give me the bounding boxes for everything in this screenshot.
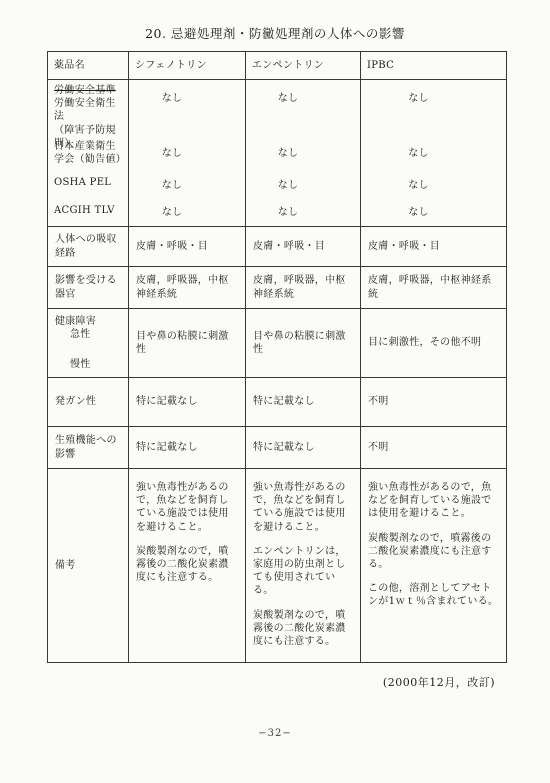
row-label-carcinogenicity: 発ガン性: [48, 378, 129, 427]
cancer-empenthrin: 特に記載なし: [246, 378, 361, 427]
remarks-ipbc: 強い魚毒性があるので，魚などを飼育している施設では使用を避けること。 炭酸製剤な…: [361, 469, 507, 663]
remark-paragraph: 強い魚毒性があるので，魚などを飼育している施設では使用を避けること。: [136, 481, 238, 534]
row-label-remarks: 備考: [48, 469, 129, 663]
page-number: −32−: [0, 728, 550, 739]
standards-value: なし: [129, 200, 245, 226]
row-label-affected-organs: 影響を受ける器官: [48, 267, 129, 309]
effects-table: 薬品名 シフェノトリン エンペントリン IPBC 労働安全基準 労働安全衛生法 …: [47, 51, 507, 663]
standards-cyphenothrin-cell: なし なし なし なし: [129, 80, 246, 227]
col-header-cyphenothrin: シフェノトリン: [129, 52, 246, 80]
standards-value: なし: [246, 200, 360, 226]
repro-ipbc: 不明: [361, 427, 507, 469]
standards-label-1: 労働安全基準 労働安全衛生法 （障害予防規則）: [48, 80, 128, 136]
standards-value: なし: [361, 80, 506, 136]
standards-label-2: 日本産業衛生学会（勧告値）: [48, 136, 128, 172]
row-label-absorption-route: 人体への吸収経路: [48, 227, 129, 267]
remark-paragraph: エンペントリンは，家庭用の防虫剤としても使用されている。: [253, 545, 353, 598]
health-ipbc: 目に刺激性，その他不明: [361, 309, 507, 378]
acute-label: 急性: [70, 328, 121, 341]
standards-value: なし: [246, 172, 360, 200]
absorption-route-row: 人体への吸収経路 皮膚・呼吸・目 皮膚・呼吸・目 皮膚・呼吸・目: [48, 227, 507, 267]
absorption-ipbc: 皮膚・呼吸・目: [361, 227, 507, 267]
standards-label-cell: 労働安全基準 労働安全衛生法 （障害予防規則） 日本産業衛生学会（勧告値） OS…: [48, 80, 129, 227]
absorption-empenthrin: 皮膚・呼吸・目: [246, 227, 361, 267]
health-damage-heading: 健康障害: [55, 315, 121, 328]
health-damage-row: 健康障害 急性 慢性 目や鼻の粘膜に刺激性 目や鼻の粘膜に刺激性 目に刺激性，そ…: [48, 309, 507, 378]
standards-ipbc-cell: なし なし なし なし: [361, 80, 507, 227]
col-header-chemical-name: 薬品名: [48, 52, 129, 80]
reproductive-effects-row: 生殖機能への影響 特に記載なし 特に記載なし 不明: [48, 427, 507, 469]
struck-label-line: 労働安全基準: [54, 84, 123, 97]
revision-note: (2000年12月，改訂): [0, 674, 495, 690]
carcinogenicity-row: 発ガン性 特に記載なし 特に記載なし 不明: [48, 378, 507, 427]
standards-value: なし: [246, 80, 360, 136]
cancer-ipbc: 不明: [361, 378, 507, 427]
standards-empenthrin-cell: なし なし なし なし: [246, 80, 361, 227]
remark-paragraph: 炭酸製剤なので，噴霧後の二酸化炭素濃度にも注意する。: [253, 609, 353, 649]
health-cyphenothrin: 目や鼻の粘膜に刺激性: [129, 309, 246, 378]
remarks-row: 備考 強い魚毒性があるので，魚などを飼育している施設では使用を避けること。 炭酸…: [48, 469, 507, 663]
remark-paragraph: この他，溶剤としてアセトンが1ｗｔ％含まれている。: [368, 582, 499, 608]
remarks-empenthrin: 強い魚毒性があるので，魚などを飼育している施設では使用を避けること。 エンペント…: [246, 469, 361, 663]
standards-value: なし: [361, 172, 506, 200]
chronic-label: 慢性: [70, 358, 121, 371]
standards-value: なし: [129, 172, 245, 200]
cancer-cyphenothrin: 特に記載なし: [129, 378, 246, 427]
standards-value: なし: [129, 136, 245, 172]
standards-value: なし: [246, 136, 360, 172]
organs-ipbc: 皮膚，呼吸器，中枢神経系統: [361, 267, 507, 309]
health-empenthrin: 目や鼻の粘膜に刺激性: [246, 309, 361, 378]
label-line: 労働安全衛生法: [54, 97, 123, 123]
standards-section-row: 労働安全基準 労働安全衛生法 （障害予防規則） 日本産業衛生学会（勧告値） OS…: [48, 80, 507, 227]
standards-label-4: ACGIH TLV: [48, 200, 128, 226]
remark-paragraph: 炭酸製剤なので，噴霧後の二酸化炭素濃度にも注意する。: [368, 532, 499, 572]
standards-value: なし: [361, 200, 506, 226]
absorption-cyphenothrin: 皮膚・呼吸・目: [129, 227, 246, 267]
organs-empenthrin: 皮膚，呼吸器，中枢神経系統: [246, 267, 361, 309]
standards-label-3: OSHA PEL: [48, 172, 128, 200]
affected-organs-row: 影響を受ける器官 皮膚，呼吸器，中枢神経系統 皮膚，呼吸器，中枢神経系統 皮膚，…: [48, 267, 507, 309]
repro-cyphenothrin: 特に記載なし: [129, 427, 246, 469]
organs-cyphenothrin: 皮膚，呼吸器，中枢神経系統: [129, 267, 246, 309]
standards-value: なし: [129, 80, 245, 136]
remark-paragraph: 炭酸製剤なので，噴霧後の二酸化炭素濃度にも注意する。: [136, 545, 238, 585]
scanned-document-page: { "page": { "title": "20. 忌避処理剤・防黴処理剤の人体…: [0, 0, 550, 783]
col-header-ipbc: IPBC: [361, 52, 507, 80]
repro-empenthrin: 特に記載なし: [246, 427, 361, 469]
row-label-reproductive-effects: 生殖機能への影響: [48, 427, 129, 469]
page-title: 20. 忌避処理剤・防黴処理剤の人体への影響: [0, 0, 550, 42]
standards-value: なし: [361, 136, 506, 172]
remark-paragraph: 強い魚毒性があるので，魚などを飼育している施設では使用を避けること。: [253, 481, 353, 534]
table-header-row: 薬品名 シフェノトリン エンペントリン IPBC: [48, 52, 507, 80]
remarks-cyphenothrin: 強い魚毒性があるので，魚などを飼育している施設では使用を避けること。 炭酸製剤な…: [129, 469, 246, 663]
remark-paragraph: 強い魚毒性があるので，魚などを飼育している施設では使用を避けること。: [368, 481, 499, 521]
col-header-empenthrin: エンペントリン: [246, 52, 361, 80]
row-label-health-damage: 健康障害 急性 慢性: [48, 309, 129, 378]
